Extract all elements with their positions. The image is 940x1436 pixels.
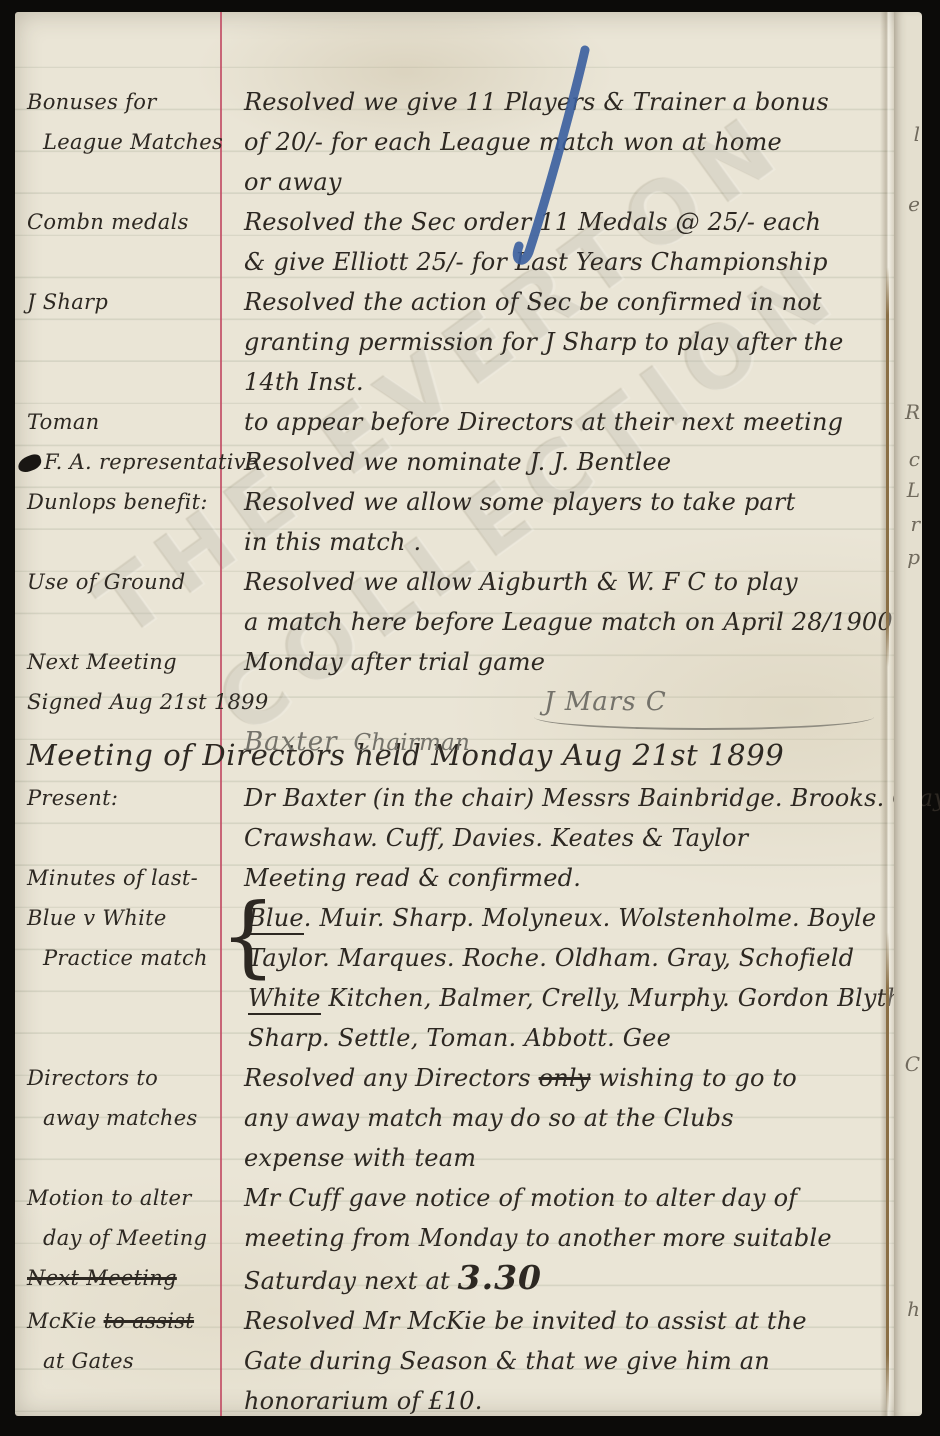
margin-heading-line: Motion to alter [27,1178,232,1218]
text-run: day of Meeting [43,1226,207,1250]
text-run: Motion to alter [27,1186,192,1210]
text-run: Next Meeting [27,650,177,674]
text-run: Meeting read & confirmed. [244,864,581,892]
margin-heading: F. A. representative [27,442,232,482]
text-run: expense with team [244,1144,476,1172]
minute-entry: Bonuses forLeague MatchesResolved we giv… [27,82,876,202]
minute-entry: F. A. representativeResolved we nominate… [27,442,876,482]
minute-line: Resolved we allow some players to take p… [244,482,876,522]
minute-line: 14th Inst. [244,362,876,402]
margin-heading: Next Meeting [27,642,232,682]
ink-blot [16,453,43,475]
minute-line: honorarium of £10. [244,1381,876,1421]
minute-entry: Present:Dr Baxter (in the chair) Messrs … [27,778,876,858]
minute-line: White Kitchen, Balmer, Crelly, Murphy. G… [248,978,917,1018]
margin-heading-line: at Gates [27,1341,232,1381]
text-run: 14th Inst. [244,368,364,396]
minute-line: granting permission for J Sharp to play … [244,322,876,362]
minute-line: Dr Baxter (in the chair) Messrs Bainbrid… [244,778,940,818]
minute-body: J Mars C BaxterChairman [232,682,876,722]
text-run: Blue v White [27,906,167,930]
minute-line: to appear before Directors at their next… [244,402,876,442]
minute-body: Monday after trial game [232,642,876,682]
margin-heading: Use of Ground [27,562,232,602]
margin-heading: Directors toaway matches [27,1058,232,1138]
margin-heading: Toman [27,402,232,442]
minute-line: any away match may do so at the Clubs [244,1098,876,1138]
minute-body: Saturday next at 3.30 [232,1258,876,1301]
minute-line: Crawshaw. Cuff, Davies. Keates & Taylor [244,818,940,858]
minute-entry: Motion to alterday of MeetingMr Cuff gav… [27,1178,876,1258]
margin-heading: Signed Aug 21st 1899 [27,682,232,722]
margin-heading-line: Bonuses for [27,82,232,122]
minute-body: Resolved we nominate J. J. Bentlee [232,442,876,482]
text-run: Resolved we allow some players to take p… [244,488,795,516]
text-run: Monday after trial game [244,648,545,676]
minute-line: Resolved we nominate J. J. Bentlee [244,442,876,482]
margin-heading: Bonuses forLeague Matches [27,82,232,162]
page-edge-letter: c [909,447,920,471]
signature-line: J Mars C BaxterChairman [244,682,876,722]
page-edge-letter: h [907,1297,920,1321]
text-run: . Muir. Sharp. Molyneux. Wolstenholme. B… [304,904,876,932]
signature-flourish [534,712,874,730]
minute-body: Resolved the action of Sec be confirmed … [232,282,876,402]
margin-heading-line: Blue v White [27,898,232,938]
text-run: granting permission for J Sharp to play … [244,328,844,356]
text-run: Dunlops benefit: [27,490,208,514]
margin-heading-line: Dunlops benefit: [27,482,232,522]
text-run: Use of Ground [27,570,186,594]
minute-line: Saturday next at 3.30 [244,1258,876,1301]
margin-heading-line: Toman [27,402,232,442]
margin-heading: Dunlops benefit: [27,482,232,522]
page-edge-letter: L [907,478,920,502]
margin-heading-line: J Sharp [27,282,232,322]
text-run: Taylor. Marques. Roche. Oldham. Gray, Sc… [248,944,854,972]
page-edge-letter: R [905,400,920,424]
minute-entry: Directors toaway matchesResolved any Dir… [27,1058,876,1178]
minute-entry: Use of GroundResolved we allow Aigburth … [27,562,876,642]
margin-heading-line: Minutes of last- [27,858,232,898]
chairman-label: Chairman [354,730,470,756]
minute-line: Sharp. Settle, Toman. Abbott. Gee [248,1018,917,1058]
minute-body: Resolved we allow some players to take p… [232,482,876,562]
margin-heading: Motion to alterday of Meeting [27,1178,232,1258]
page-edge-letter: e [908,192,920,216]
minute-entry: Blue v WhitePractice match{Blue. Muir. S… [27,898,876,1058]
minute-body: Dr Baxter (in the chair) Messrs Bainbrid… [232,778,940,858]
minute-line: Meeting read & confirmed. [244,858,876,898]
margin-heading-line: Next Meeting [27,1258,232,1298]
text-run: in this match . [244,528,421,556]
margin-heading-line: McKie to assist [27,1301,232,1341]
signature-row: Signed Aug 21st 1899J Mars C BaxterChair… [27,682,876,722]
text-run: wishing to go to [591,1064,797,1092]
text-run: Minutes of last- [27,866,198,890]
text-run: Present: [27,786,118,810]
minute-line: Blue. Muir. Sharp. Molyneux. Wolstenholm… [248,898,917,938]
minute-line: Gate during Season & that we give him an [244,1341,876,1381]
text-run: or away [244,168,342,196]
minute-line: Resolved Mr McKie be invited to assist a… [244,1301,876,1341]
margin-heading-line: F. A. representative [27,442,232,482]
minute-line: in this match . [244,522,876,562]
margin-heading: McKie to assistat Gates [27,1301,232,1381]
minutes-content: Bonuses forLeague MatchesResolved we giv… [27,82,876,1421]
text-run: honorarium of £10. [244,1387,483,1415]
binding-stitch-thread [886,267,889,667]
text-run: Combn medals [27,210,189,234]
minute-body: to appear before Directors at their next… [232,402,876,442]
text-run: meeting from Monday to another more suit… [244,1224,832,1252]
minute-entry: Minutes of last-Meeting read & confirmed… [27,858,876,898]
text-run: Crawshaw. Cuff, Davies. Keates & Taylor [244,824,748,852]
minute-line: Resolved any Directors only wishing to g… [244,1058,876,1098]
margin-heading-line: Use of Ground [27,562,232,602]
margin-heading-line: day of Meeting [27,1218,232,1258]
minute-line: Resolved we allow Aigburth & W. F C to p… [244,562,893,602]
text-run: Resolved we allow Aigburth & W. F C to p… [244,568,798,596]
margin-heading: Blue v WhitePractice match [27,898,232,978]
minute-line: Mr Cuff gave notice of motion to alter d… [244,1178,876,1218]
text-run: away matches [43,1106,198,1130]
minute-line: a match here before League match on Apri… [244,602,893,642]
minute-entry: Combn medalsResolved the Sec order 11 Me… [27,202,876,282]
minute-body: Resolved we allow Aigburth & W. F C to p… [232,562,893,642]
text-run: J Sharp [27,290,108,314]
page-edge-letter: r [910,512,920,536]
text-run: Dr Baxter (in the chair) Messrs Bainbrid… [244,784,940,812]
text-run: Sharp. Settle, Toman. Abbott. Gee [248,1024,671,1052]
margin-heading-line: Combn medals [27,202,232,242]
margin-heading: Combn medals [27,202,232,242]
text-run: Mr Cuff gave notice of motion to alter d… [244,1184,797,1212]
text-run: any away match may do so at the Clubs [244,1104,734,1132]
text-run: F. A. representative [44,450,259,474]
minute-line: Monday after trial game [244,642,876,682]
text-run: Resolved we nominate J. J. Bentlee [244,448,671,476]
text-run: League Matches [43,130,223,154]
minute-body: Mr Cuff gave notice of motion to alter d… [232,1178,876,1258]
minute-body: Resolved Mr McKie be invited to assist a… [232,1301,876,1421]
margin-heading-line: League Matches [27,122,232,162]
minute-entry: McKie to assistat GatesResolved Mr McKie… [27,1301,876,1421]
text-run: at Gates [43,1349,134,1373]
margin-heading-line: away matches [27,1098,232,1138]
struck-word: to assist [104,1309,194,1333]
minute-entry: Next MeetingSaturday next at 3.30 [27,1258,876,1301]
minute-body: Meeting read & confirmed. [232,858,876,898]
margin-heading-line: Present: [27,778,232,818]
text-run: Bonuses for [27,90,157,114]
minute-entry: Tomanto appear before Directors at their… [27,402,876,442]
emphasized-time: 3.30 [458,1258,542,1297]
margin-heading-line: Directors to [27,1058,232,1098]
text-run: Toman [27,410,99,434]
underlined-word: White [248,984,321,1015]
text-run: Resolved Mr McKie be invited to assist a… [244,1307,807,1335]
minute-entry: Next MeetingMonday after trial game [27,642,876,682]
margin-heading: Next Meeting [27,1258,232,1298]
minute-line: Taylor. Marques. Roche. Oldham. Gray, Sc… [248,938,917,978]
text-run: Practice match [43,946,208,970]
minute-line: meeting from Monday to another more suit… [244,1218,876,1258]
margin-heading-line: Next Meeting [27,642,232,682]
brace-icon: { [220,892,276,980]
minute-line: expense with team [244,1138,876,1178]
struck-word: Next Meeting [27,1266,177,1290]
text-run: a match here before League match on Apri… [244,608,893,636]
next-page-edge: leRcLrpCh [894,12,922,1416]
margin-heading: Present: [27,778,232,818]
page-edge-letter: p [907,545,920,569]
blue-check-mark-icon [493,40,613,290]
page-edge-letter: l [914,122,920,146]
minute-body: Resolved any Directors only wishing to g… [232,1058,876,1178]
text-run: to appear before Directors at their next… [244,408,843,436]
text-run: Resolved any Directors [244,1064,539,1092]
minute-body: {Blue. Muir. Sharp. Molyneux. Wolstenhol… [232,898,917,1058]
binding-stitch-thread [886,932,889,1412]
scan-border: THE EVERTON COLLECTION Bonuses forLeague… [0,0,940,1436]
page-edge-letter: C [905,1052,920,1076]
text-run: Resolved the action of Sec be confirmed … [244,288,822,316]
minute-entry: J SharpResolved the action of Sec be con… [27,282,876,402]
text-run: McKie [27,1309,104,1333]
text-run: Directors to [27,1066,158,1090]
text-run: Saturday next at [244,1267,458,1295]
text-run: Gate during Season & that we give him an [244,1347,770,1375]
minute-book-page: THE EVERTON COLLECTION Bonuses forLeague… [15,12,922,1416]
margin-heading: Minutes of last- [27,858,232,898]
margin-heading: J Sharp [27,282,232,322]
margin-heading-line: Signed Aug 21st 1899 [27,682,232,722]
struck-word: only [539,1064,591,1092]
text-run: Kitchen, Balmer, Crelly, Murphy. Gordon … [321,984,917,1012]
margin-heading-line: Practice match [27,938,232,978]
minute-entry: Dunlops benefit:Resolved we allow some p… [27,482,876,562]
